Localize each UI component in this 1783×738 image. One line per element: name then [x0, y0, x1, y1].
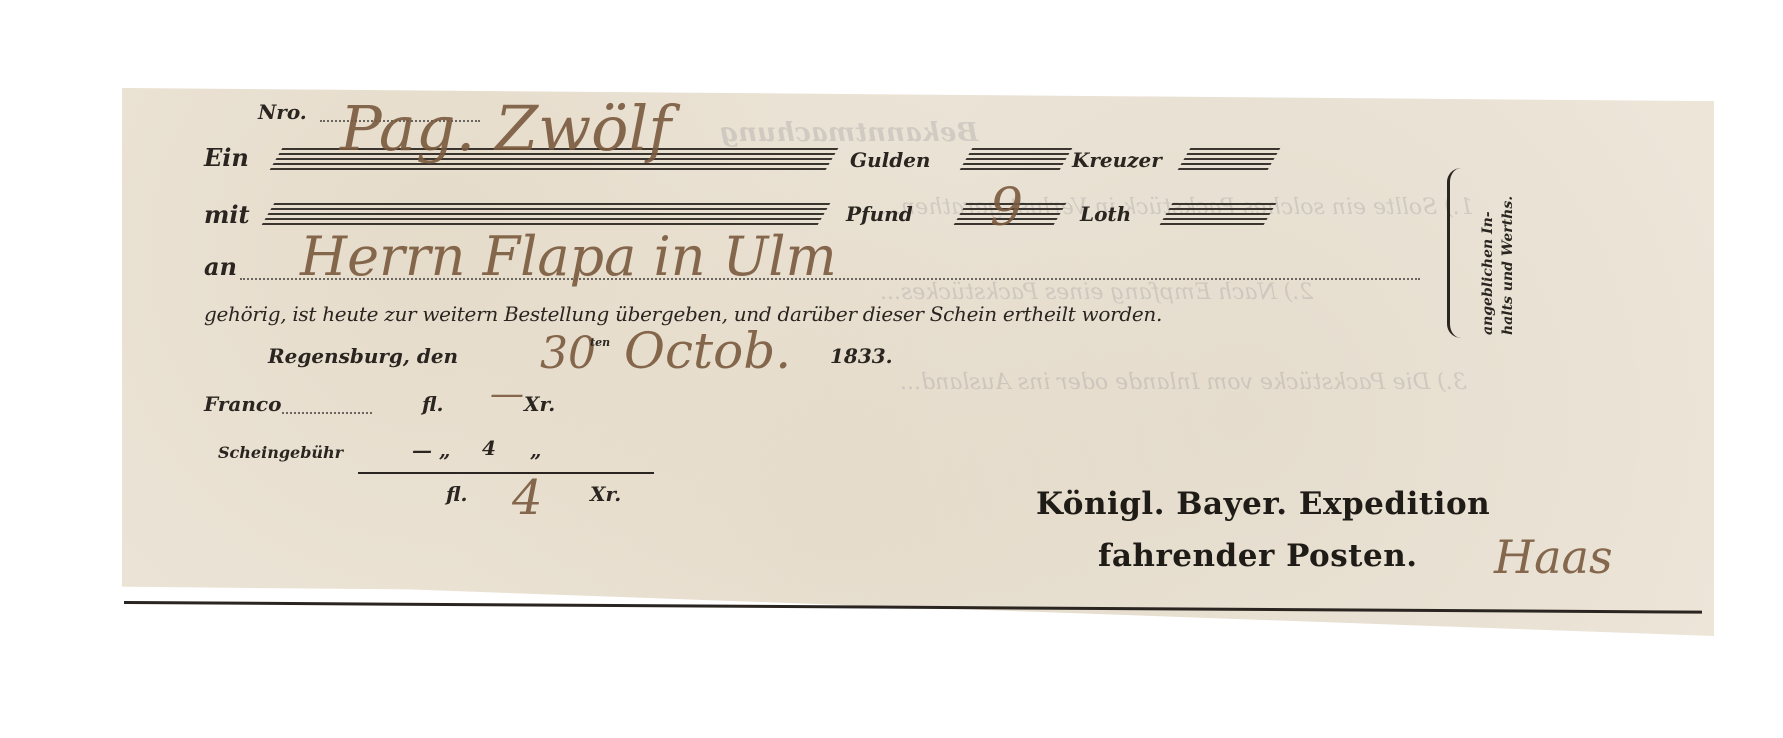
mit-rules — [262, 203, 831, 225]
issuer-line2: fahrender Posten. — [1098, 538, 1418, 574]
day-suffix: ten — [590, 336, 610, 349]
pfund-label: Pfund — [846, 202, 913, 226]
gulden-label: Gulden — [850, 148, 930, 172]
place-label: Regensburg, den — [268, 344, 458, 368]
bracket-brace — [1447, 168, 1466, 338]
loth-rules — [1160, 203, 1277, 225]
day-handwritten: 30 — [540, 328, 596, 379]
ein-handwritten-amount: Pag. Zwölf — [340, 92, 671, 165]
mit-label: mit — [204, 200, 250, 229]
loth-label: Loth — [1080, 202, 1131, 226]
sum-rule — [358, 472, 654, 474]
recipient-handwritten: Herrn Flapa in Ulm — [300, 225, 837, 288]
kreuzer-label: Kreuzer — [1072, 148, 1162, 172]
franco-dotted-line — [282, 412, 372, 414]
franco-xr-label: Xr. — [524, 392, 555, 416]
scheingebuehr-ditto: „ — [530, 438, 542, 462]
scheingebuehr-fl-value: — „ — [412, 438, 450, 462]
franco-xr-value: — — [490, 374, 524, 414]
bracket-note-line2: halts und Werths. — [1500, 160, 1516, 335]
total-xr-label: Xr. — [590, 482, 621, 506]
pfund-handwritten-value: 9 — [990, 178, 1023, 238]
scheingebuehr-xr-value: 4 — [482, 436, 496, 460]
bracket-note-line1: angeblichen In- — [1480, 160, 1496, 335]
month-handwritten: Octob. — [624, 322, 791, 380]
number-label: Nro. — [258, 100, 307, 124]
year-label: 1833. — [830, 344, 893, 368]
franco-fl-label: fl. — [422, 392, 444, 416]
ein-label: Ein — [204, 143, 249, 172]
ghost-heading: Bekanntmachung — [720, 118, 978, 148]
total-fl-label: fl. — [446, 482, 468, 506]
ghost-line-3: 3.) Die Packstücke vom Inlande oder ins … — [900, 370, 1467, 395]
issuer-line1: Königl. Bayer. Expedition — [1036, 486, 1490, 522]
kreuzer-rules — [1178, 148, 1281, 170]
an-label: an — [204, 252, 237, 281]
total-xr-handwritten: 4 — [512, 470, 543, 526]
franco-label: Franco — [204, 392, 281, 416]
signature: Haas — [1494, 530, 1613, 584]
gulden-rules — [960, 148, 1073, 170]
scheingebuehr-label: Scheingebühr — [218, 443, 343, 462]
